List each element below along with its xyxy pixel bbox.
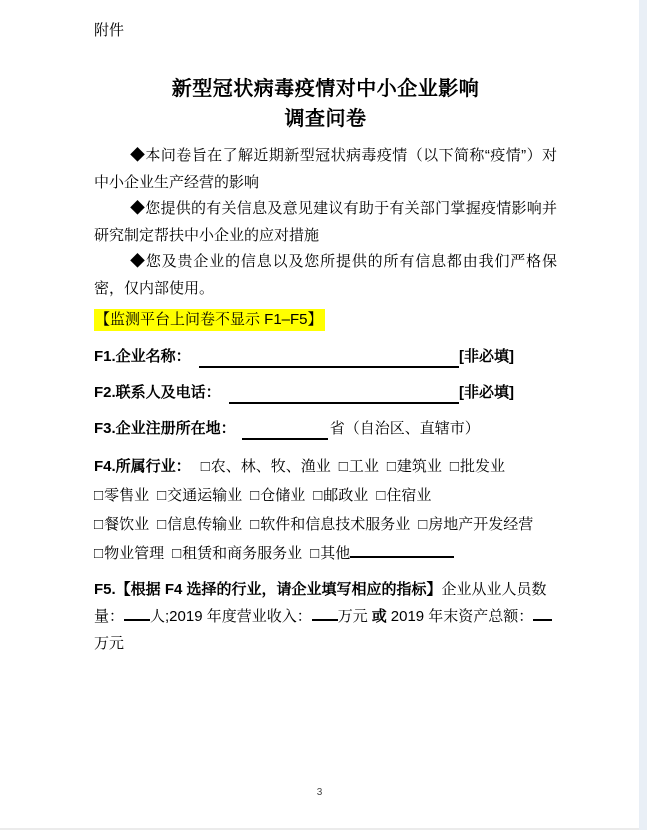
- f1-company-name-input-line[interactable]: [199, 352, 459, 368]
- industry-label: 房地产开发经营: [428, 516, 533, 533]
- industry-checkbox-option[interactable]: □批发业: [450, 458, 505, 475]
- field-f3: F3.企业注册所在地： 省（自治区、直辖市）: [94, 418, 557, 440]
- industry-checkbox-option[interactable]: □信息传输业: [157, 516, 242, 533]
- f5-text-segment: 万元: [338, 608, 368, 625]
- industry-label: 交通运输业: [167, 487, 242, 504]
- field-f4: F4.所属行业：□农、林、牧、渔业□工业□建筑业□批发业□零售业□交通运输业□仓…: [94, 452, 557, 568]
- checkbox-icon: □: [172, 545, 181, 562]
- checkbox-icon: □: [450, 458, 459, 475]
- checkbox-icon: □: [339, 458, 348, 475]
- f3-province-input-line[interactable]: [242, 424, 328, 440]
- intro-bullets: ◆本问卷旨在了解近期新型冠状病毒疫情（以下简称“疫情”）对中小企业生产经营的影响…: [94, 143, 557, 302]
- industry-checkbox-option[interactable]: □软件和信息技术服务业: [250, 516, 410, 533]
- industry-label: 租赁和商务服务业: [182, 545, 302, 562]
- field-f5: F5.【根据 F4 选择的行业，请企业填写相应的指标】企业从业人员数量：人;20…: [94, 576, 557, 657]
- industry-label: 工业: [349, 458, 379, 475]
- f2-optional-tag: [非必填]: [459, 382, 514, 404]
- intro-bullet: ◆本问卷旨在了解近期新型冠状病毒疫情（以下简称“疫情”）对中小企业生产经营的影响: [94, 143, 557, 196]
- document-title-line1: 新型冠状病毒疫情对中小企业影响: [94, 74, 557, 104]
- industry-checkbox-option[interactable]: □其他: [310, 545, 350, 562]
- industry-label: 零售业: [104, 487, 149, 504]
- checkbox-icon: □: [94, 487, 103, 504]
- attachment-label: 附件: [94, 20, 557, 42]
- f5-text-segment: 人;2019 年度营业收入：: [150, 608, 312, 625]
- industry-checkbox-option[interactable]: □物业管理: [94, 545, 164, 562]
- f5-employees-input-line[interactable]: [124, 606, 150, 621]
- industry-label: 餐饮业: [104, 516, 149, 533]
- field-f1: F1.企业名称： [非必填]: [94, 346, 514, 368]
- industry-label: 邮政业: [323, 487, 368, 504]
- checkbox-icon: □: [94, 545, 103, 562]
- checkbox-icon: □: [157, 487, 166, 504]
- viewer-edge-strip: [639, 0, 647, 830]
- document-title-line2: 调查问卷: [94, 104, 557, 134]
- industry-label: 批发业: [460, 458, 505, 475]
- industry-checkbox-option[interactable]: □仓储业: [250, 487, 305, 504]
- industry-label: 仓储业: [260, 487, 305, 504]
- document-title: 新型冠状病毒疫情对中小企业影响 调查问卷: [94, 74, 557, 134]
- f3-label: F3.企业注册所在地：: [94, 418, 236, 440]
- industry-checkbox-option[interactable]: □餐饮业: [94, 516, 149, 533]
- checkbox-icon: □: [250, 516, 259, 533]
- industry-checkbox-option[interactable]: □邮政业: [313, 487, 368, 504]
- industry-label: 物业管理: [104, 545, 164, 562]
- document-page: 附件 新型冠状病毒疫情对中小企业影响 调查问卷 ◆本问卷旨在了解近期新型冠状病毒…: [0, 0, 647, 830]
- industry-label: 软件和信息技术服务业: [260, 516, 410, 533]
- f5-assets-input-line[interactable]: [533, 606, 552, 621]
- highlight-row: 【监测平台上问卷不显示 F1–F5】: [94, 308, 557, 332]
- f5-or-connector: 或: [372, 608, 387, 625]
- industry-checkbox-option[interactable]: □交通运输业: [157, 487, 242, 504]
- f5-label: F5.【根据 F4 选择的行业，请企业填写相应的指标】: [94, 581, 442, 598]
- industry-checkbox-option[interactable]: □工业: [339, 458, 379, 475]
- checkbox-icon: □: [94, 516, 103, 533]
- industry-checkbox-option[interactable]: □建筑业: [387, 458, 442, 475]
- checkbox-icon: □: [387, 458, 396, 475]
- checkbox-icon: □: [157, 516, 166, 533]
- other-industry-input-line[interactable]: [350, 543, 454, 558]
- f5-text-segment: 2019 年末资产总额：: [391, 608, 534, 625]
- intro-bullet: ◆您及贵企业的信息以及您所提供的所有信息都由我们严格保密，仅内部使用。: [94, 249, 557, 302]
- field-f2: F2.联系人及电话： [非必填]: [94, 382, 514, 404]
- highlight-note: 【监测平台上问卷不显示 F1–F5】: [94, 309, 325, 331]
- industry-checkbox-option[interactable]: □农、林、牧、渔业: [201, 458, 331, 475]
- f2-label: F2.联系人及电话：: [94, 382, 221, 404]
- industry-label: 农、林、牧、渔业: [211, 458, 331, 475]
- checkbox-icon: □: [310, 545, 319, 562]
- f1-label: F1.企业名称：: [94, 346, 191, 368]
- checkbox-icon: □: [250, 487, 259, 504]
- f2-contact-phone-input-line[interactable]: [229, 388, 459, 404]
- checkbox-icon: □: [418, 516, 427, 533]
- industry-label: 信息传输业: [167, 516, 242, 533]
- checkbox-icon: □: [201, 458, 210, 475]
- industry-checkbox-option[interactable]: □房地产开发经营: [418, 516, 533, 533]
- f1-optional-tag: [非必填]: [459, 346, 514, 368]
- f5-text-segment: 万元: [94, 635, 124, 652]
- industry-checkbox-option[interactable]: □住宿业: [376, 487, 431, 504]
- page-number: 3: [0, 787, 639, 798]
- f5-revenue-input-line[interactable]: [312, 606, 338, 621]
- industry-label: 住宿业: [386, 487, 431, 504]
- checkbox-icon: □: [313, 487, 322, 504]
- industry-checkbox-option[interactable]: □零售业: [94, 487, 149, 504]
- f3-suffix: 省（自治区、直辖市）: [330, 418, 480, 440]
- industry-checkbox-option[interactable]: □租赁和商务服务业: [172, 545, 302, 562]
- checkbox-icon: □: [376, 487, 385, 504]
- industry-label: 其他: [320, 545, 350, 562]
- f4-label: F4.所属行业：: [94, 458, 191, 475]
- intro-bullet: ◆您提供的有关信息及意见建议有助于有关部门掌握疫情影响并研究制定帮扶中小企业的应…: [94, 196, 557, 249]
- industry-label: 建筑业: [397, 458, 442, 475]
